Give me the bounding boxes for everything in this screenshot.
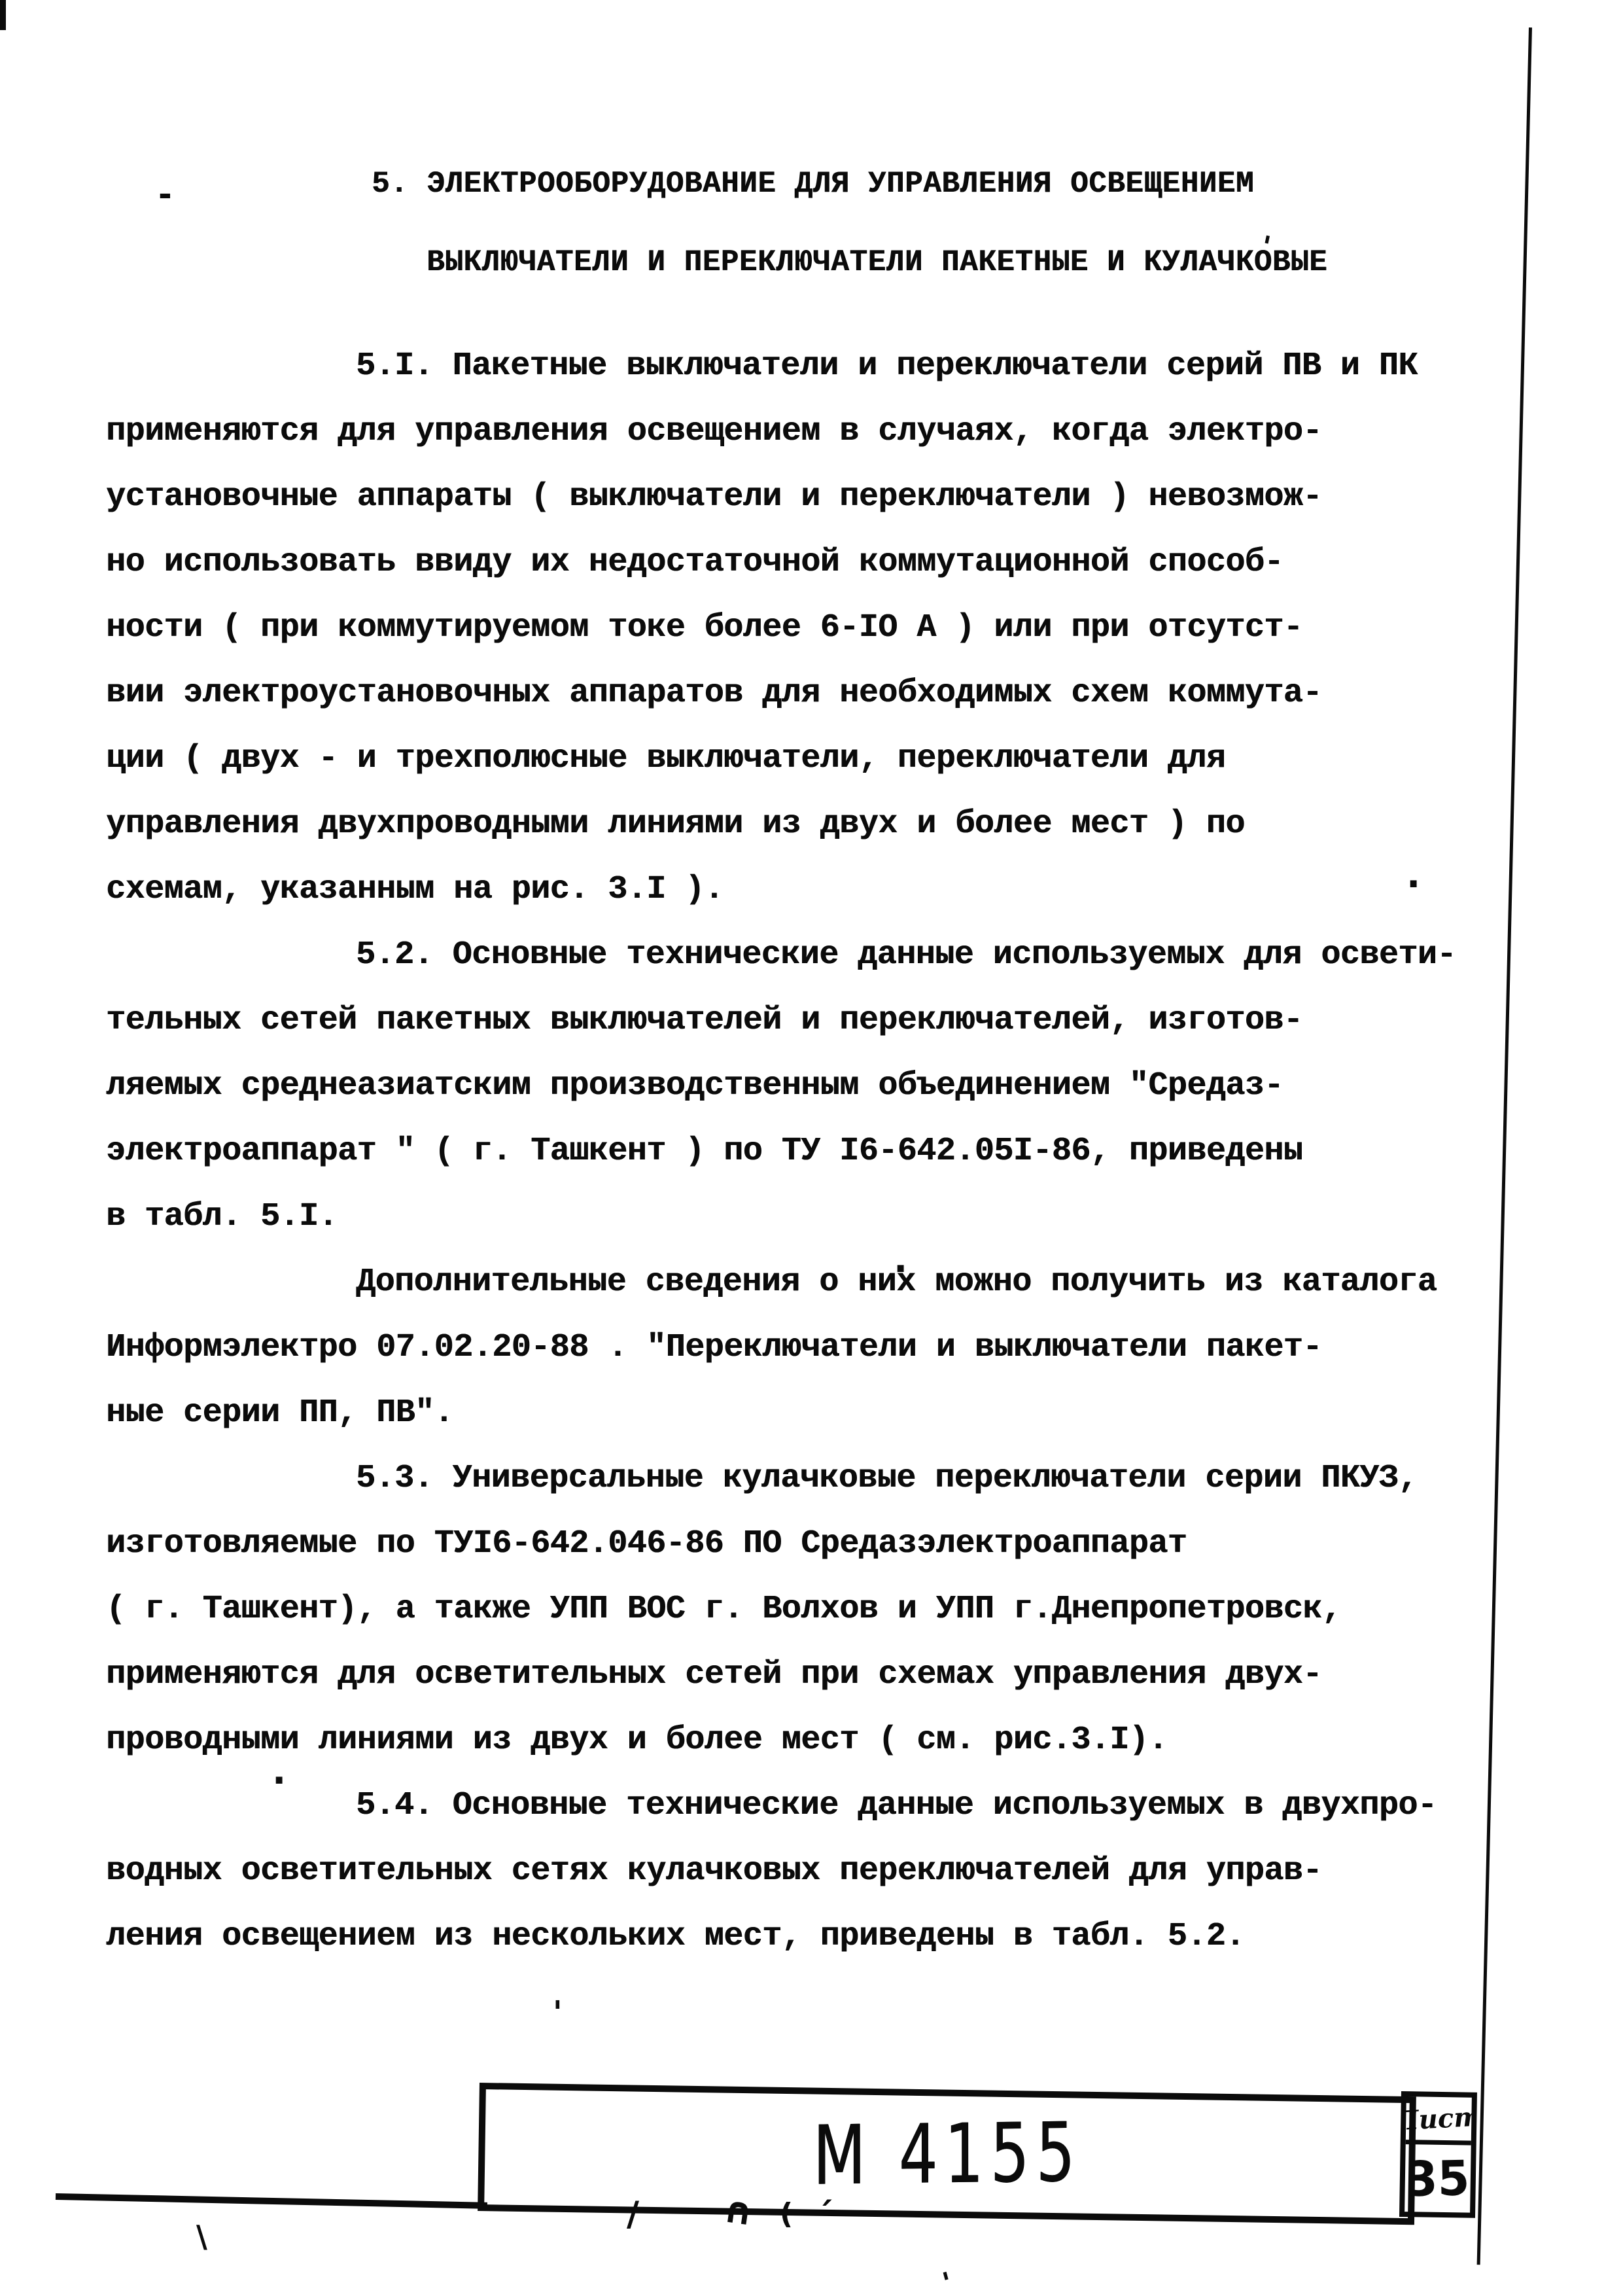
text-line: электроаппарат " ( г. Ташкент ) по ТУ I6… [106,1119,1440,1184]
scan-speck: / [627,2197,639,2231]
scan-speck: \ [196,2221,207,2252]
text-line: Дополнительные сведения о них можно полу… [106,1250,1440,1315]
text-line: изготовляемые по ТУI6-642.046-86 ПО Сред… [106,1511,1440,1577]
scan-speck: . [894,1242,907,1279]
text-line: установочные аппараты ( выключатели и пе… [106,465,1440,530]
text-line: вии электроустановочных аппаратов для не… [106,661,1440,726]
text-line: 5.4. Основные технические данные использ… [106,1773,1440,1839]
text-line: водных осветительных сетях кулачковых пе… [106,1839,1440,1904]
page-right-border-line [1477,27,1532,2265]
text-line: управления двухпроводными линиями из дву… [106,792,1440,857]
text-line: ( г. Ташкент), а также УПП ВОС г. Волхов… [106,1577,1440,1642]
text-line: но использовать ввиду их недостаточной к… [106,530,1440,595]
text-line: Информэлектро 07.02.20-88 . "Переключате… [106,1315,1440,1381]
sheet-label: Лист [1406,2101,1472,2136]
text-line: проводными линиями из двух и более мест … [106,1708,1440,1773]
scanned-document-page: 5. ЭЛЕКТРООБОРУДОВАНИЕ ДЛЯ УПРАВЛЕНИЯ ОС… [0,0,1623,2296]
text-line: ления освещением из нескольких мест, при… [106,1904,1440,1969]
text-line: ные серии ПП, ПВ". [106,1381,1440,1446]
text-line: применяются для осветительных сетей при … [106,1642,1440,1708]
scan-speck: ( [780,2200,793,2229]
text-line: применяются для управления освещением в … [106,399,1440,465]
body-text: 5.I. Пакетные выключатели и переключател… [106,334,1440,1969]
scan-speck: - [158,178,172,211]
sheet-column: Лист 35 [1399,2091,1477,2218]
scan-artifact [0,0,6,30]
scan-speck: ' [940,2269,956,2296]
scan-speck: ∩ [721,2191,756,2232]
text-line: тельных сетей пакетных выключателей и пе… [106,988,1440,1053]
text-line: ляемых среднеазиатским производственным … [106,1053,1440,1119]
title-block-extension-line [56,2193,487,2209]
text-line: ции ( двух - и трехполюсные выключатели,… [106,726,1440,792]
document-number-stamp: М 4155 [812,2104,1081,2203]
text-line: схемам, указанным на рис. 3.I ). [106,857,1440,923]
text-line: в табл. 5.I. [106,1184,1440,1250]
page-number: 35 [1405,2149,1470,2207]
text-line: ности ( при коммутируемом токе более 6-I… [106,595,1440,661]
scan-speck: . [1406,857,1420,894]
heading-line: 5. ЭЛЕКТРООБОРУДОВАНИЕ ДЛЯ УПРАВЛЕНИЯ ОС… [372,167,1254,201]
scan-speck: ' [553,1997,563,2028]
sheet-label-cell: Лист [1406,2096,1472,2146]
scan-speck: ´ [816,2199,833,2233]
scan-speck: . [272,1754,286,1790]
text-line: 5.I. Пакетные выключатели и переключател… [106,334,1440,399]
text-line: 5.2. Основные технические данные использ… [106,923,1440,988]
title-block: М 4155 [478,2083,1416,2225]
text-line: 5.3. Универсальные кулачковые переключат… [106,1446,1440,1511]
heading-line: ВЫКЛЮЧАТЕЛИ И ПЕРЕКЛЮЧАТЕЛИ ПАКЕТНЫЕ И К… [427,245,1327,279]
sheet-number-cell: 35 [1405,2144,1471,2213]
